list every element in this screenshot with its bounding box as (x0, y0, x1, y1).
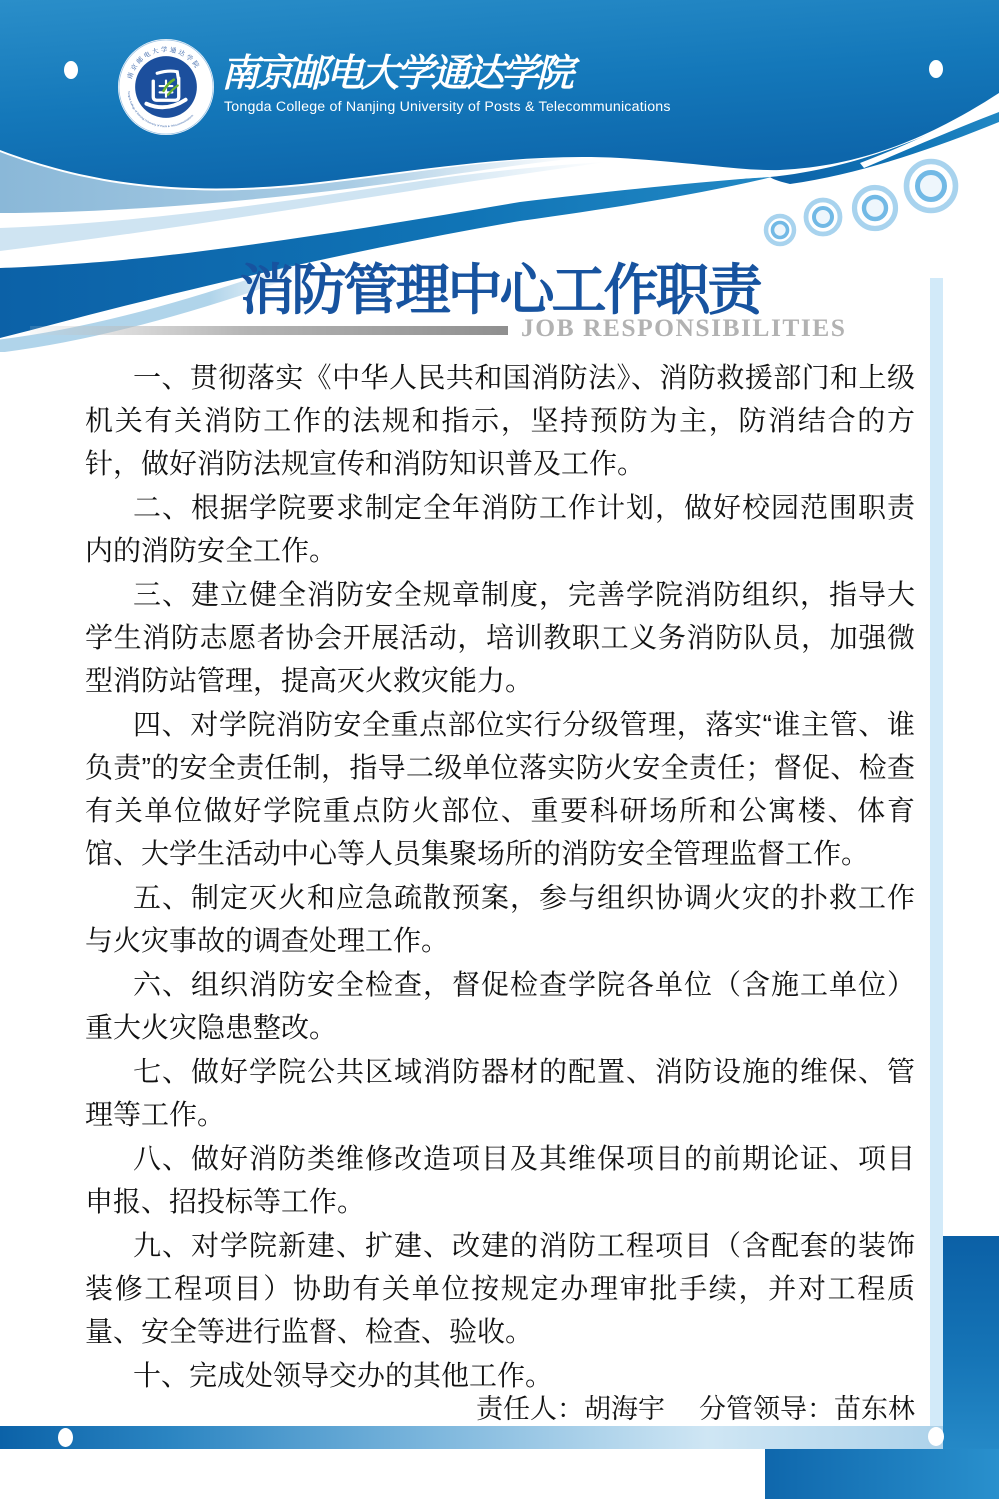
bullseye-decoration (766, 216, 794, 244)
corner-dot-bottom-left (58, 1428, 73, 1447)
poster-page: 南京邮电大学通达学院 Tongda College of Nanjing Uni… (0, 0, 999, 1499)
corner-dot-bottom-right (928, 1427, 944, 1446)
responsibility-item-4: 四、对学院消防安全重点部位实行分级管理，落实“谁主管、谁负责”的安全责任制，指导… (85, 703, 915, 875)
brand-name-cn: 南京邮电大学通达学院 (221, 42, 581, 97)
bottom-right-block (765, 1449, 999, 1499)
bullseye-decoration (855, 188, 896, 229)
subtitle-divider-bar (30, 326, 508, 335)
responsible-person: 责任人：胡海宇 (476, 1394, 665, 1424)
signature-line: 责任人：胡海宇分管领导：苗东林 (476, 1387, 915, 1426)
responsibility-item-9: 九、对学院新建、扩建、改建的消防工程项目（含配套的装饰装修工程项目）协助有关单位… (85, 1224, 915, 1353)
responsibility-item-1: 一、贯彻落实《中华人民共和国消防法》、消防救援部门和上级机关有关消防工作的法规和… (85, 356, 915, 485)
bottom-gradient-bar (0, 1426, 943, 1449)
college-emblem-logo: 南京邮电大学通达学院 Tongda College of Nanjing Uni… (117, 38, 215, 136)
bullseye-decoration (806, 200, 840, 234)
corner-dot-top-left (64, 61, 78, 79)
bullseye-decoration (907, 162, 956, 211)
page-title: 消防管理中心工作职责 (0, 246, 999, 325)
right-light-strip (930, 278, 943, 1450)
brand-name-en: Tongda College of Nanjing University of … (224, 99, 671, 115)
responsibility-item-3: 三、建立健全消防安全规章制度，完善学院消防组织，指导大学生消防志愿者协会开展活动… (85, 573, 915, 702)
leader-in-charge: 分管领导：苗东林 (699, 1394, 915, 1424)
responsibility-item-8: 八、做好消防类维修改造项目及其维保项目的前期论证、项目申报、招投标等工作。 (85, 1137, 915, 1223)
corner-dot-top-right (929, 60, 943, 78)
responsibilities-list: 一、贯彻落实《中华人民共和国消防法》、消防救援部门和上级机关有关消防工作的法规和… (85, 356, 915, 1398)
responsibility-item-6: 六、组织消防安全检查，督促检查学院各单位（含施工单位）重大火灾隐患整改。 (85, 963, 915, 1049)
responsibility-item-2: 二、根据学院要求制定全年消防工作计划，做好校园范围职责内的消防安全工作。 (85, 486, 915, 572)
responsibility-item-7: 七、做好学院公共区域消防器材的配置、消防设施的维保、管理等工作。 (85, 1050, 915, 1136)
responsibility-item-5: 五、制定灭火和应急疏散预案，参与组织协调火灾的扑救工作与火灾事故的调查处理工作。 (85, 876, 915, 962)
page-subtitle-en: JOB RESPONSIBILITIES (521, 313, 847, 343)
